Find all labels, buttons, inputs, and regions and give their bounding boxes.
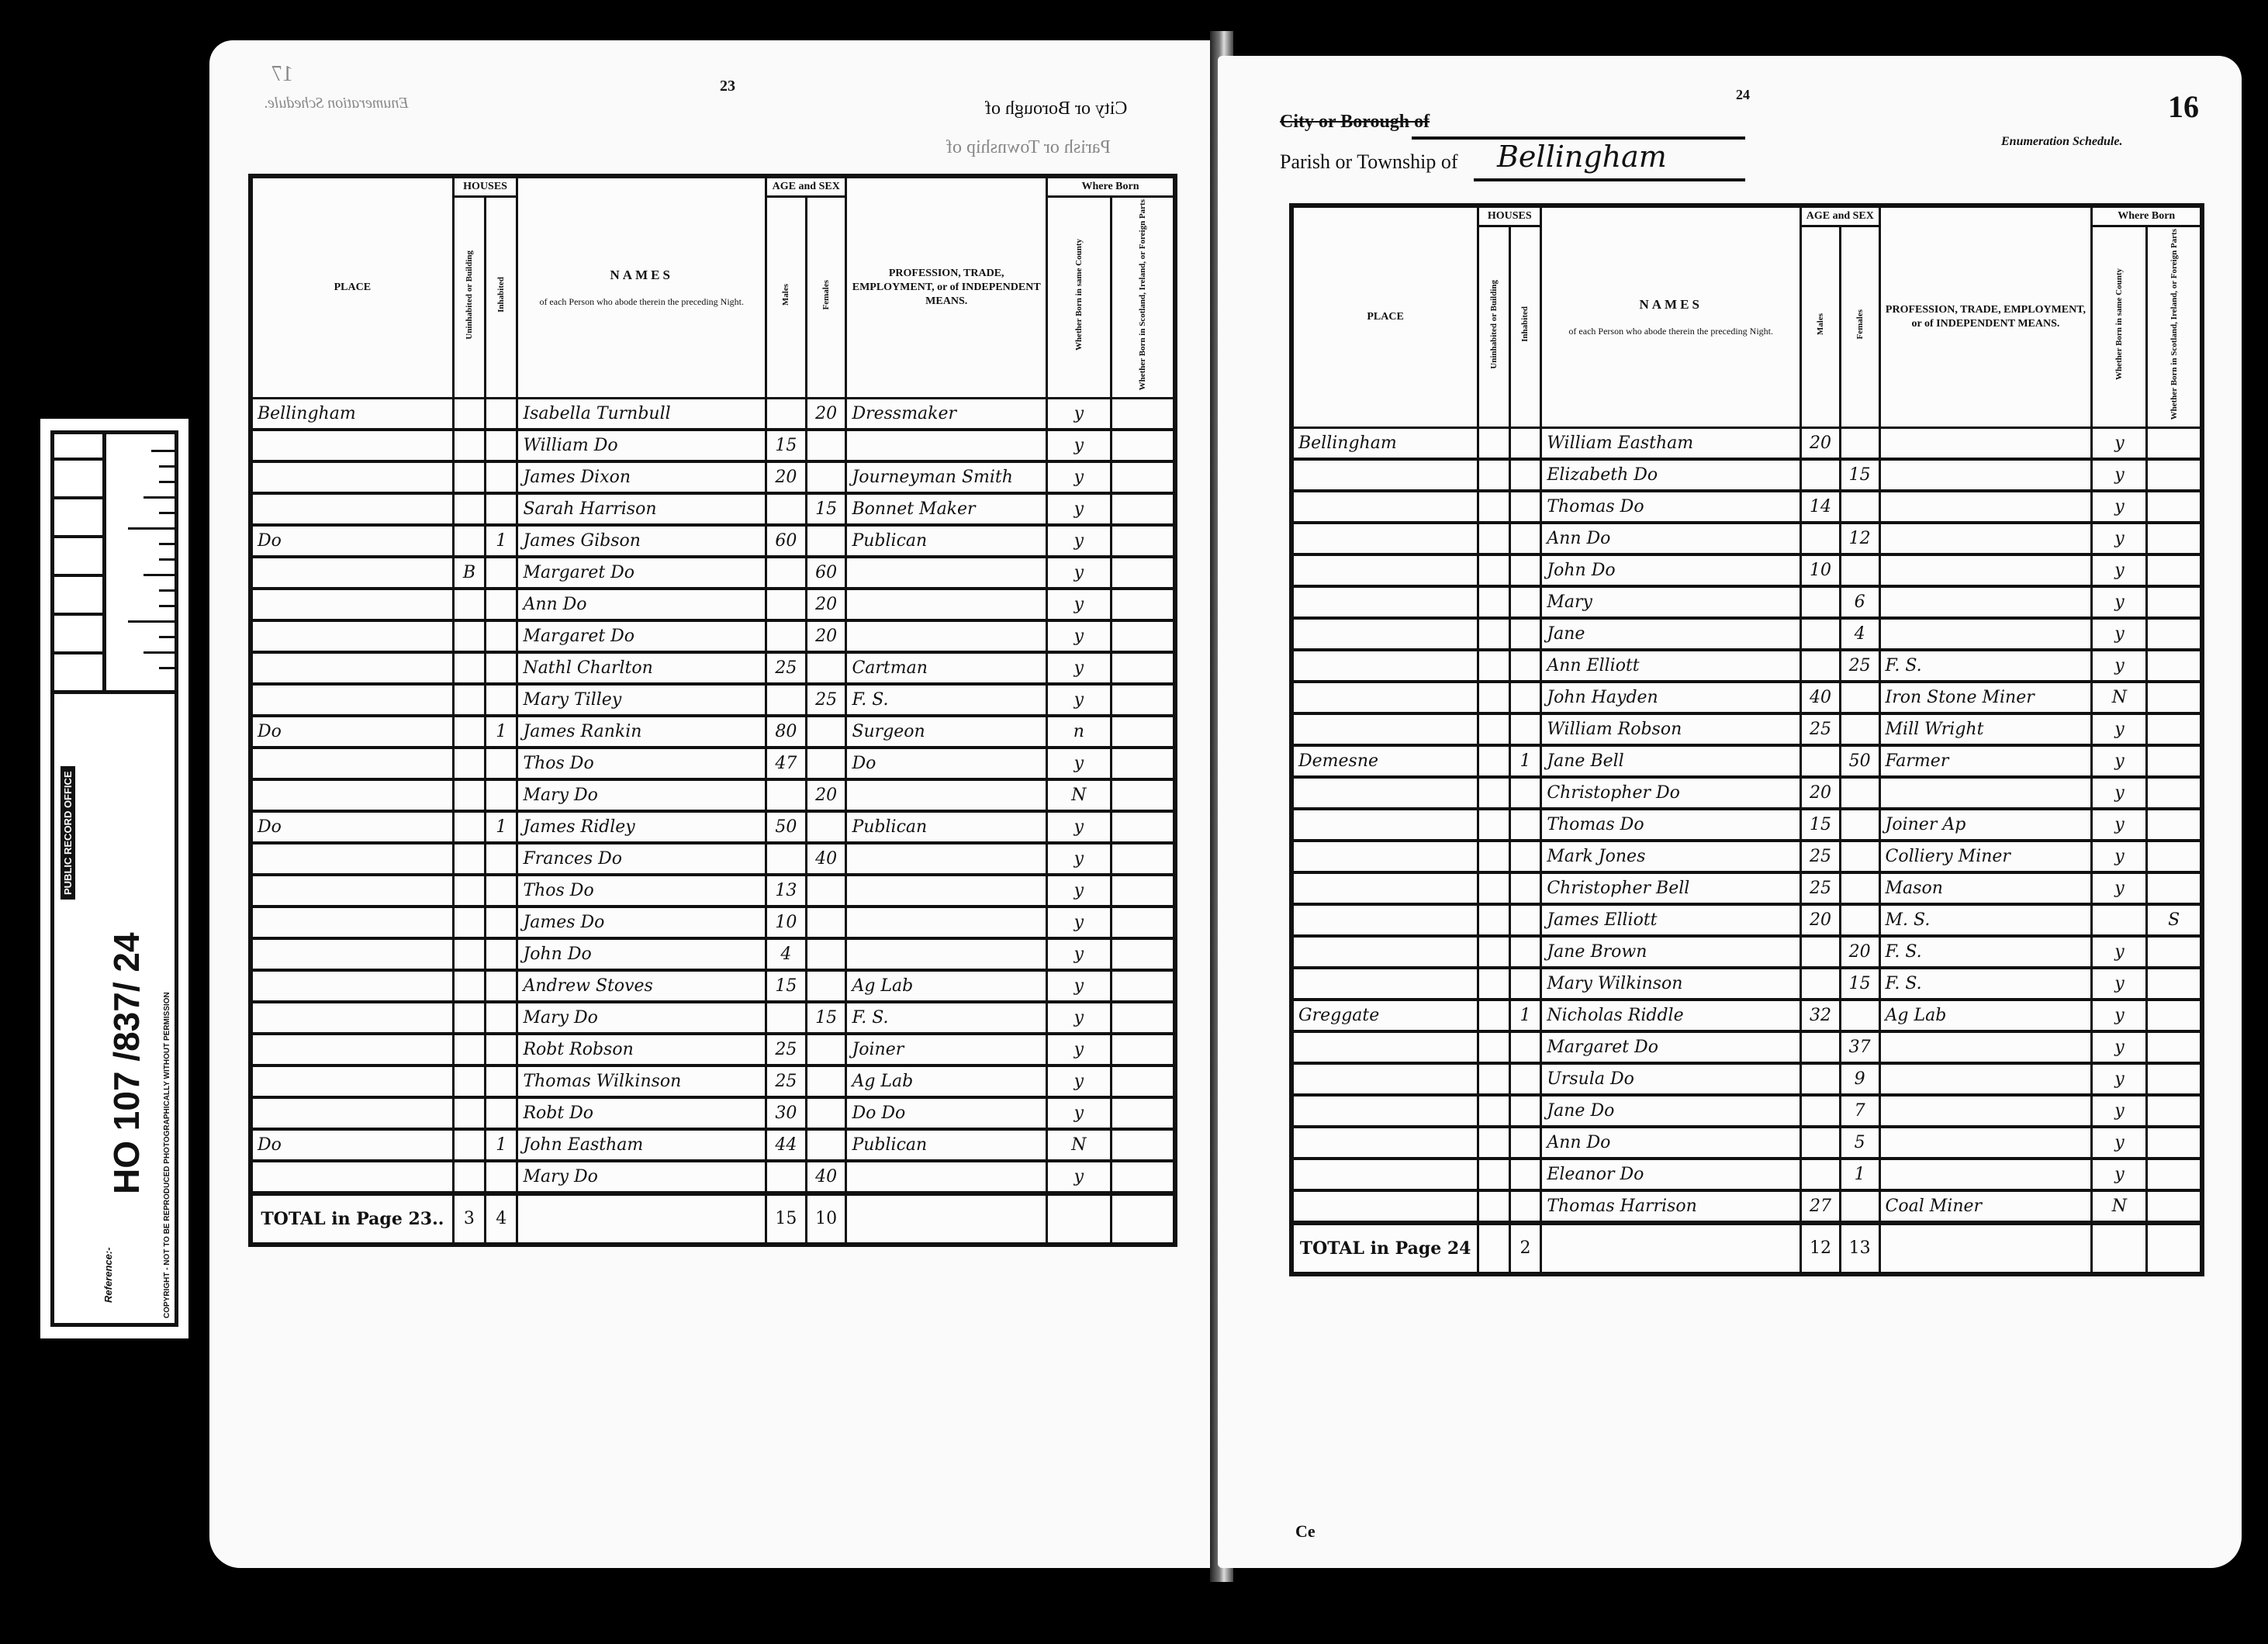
cell-uninhabited [1478,745,1510,777]
cell-uninhabited [1478,427,1510,459]
col-foreign: Whether Born in Scotland, Ireland, or Fo… [1111,197,1175,399]
cell-same-county: y [1046,589,1111,620]
cell-female [806,1097,846,1129]
total-female: 13 [1840,1223,1879,1274]
cell-place [1291,1031,1478,1063]
cell-female [806,748,846,779]
cell-profession [846,557,1047,589]
cell-profession: Publican [846,525,1047,557]
cell-same-county [2092,904,2147,936]
cell-female: 7 [1840,1095,1879,1127]
cell-foreign [1111,684,1175,716]
cell-male: 47 [766,748,807,779]
cell-inhabited [1509,713,1541,745]
cell-profession: F. S. [1879,650,2092,682]
cell-profession: Publican [846,1129,1047,1161]
cell-foreign [1111,652,1175,684]
cell-same-county: y [2092,1031,2147,1063]
cell-profession: F. S. [1879,936,2092,968]
cell-profession: Ag Lab [846,970,1047,1002]
cell-foreign [1111,938,1175,970]
cell-same-county: y [2092,586,2147,618]
cell-name: James Elliott [1541,904,1801,936]
col-age-sex: AGE and SEX [1801,205,1879,226]
cell-place [1291,682,1478,713]
cell-profession: F. S. [1879,968,2092,1000]
cell-same-county: y [1046,875,1111,907]
table-row: Ann Do20y [251,589,1175,620]
cell-female: 6 [1840,586,1879,618]
col-female: Females [1840,226,1879,428]
cell-inhabited [486,620,517,652]
total-inhabited: 2 [1509,1223,1541,1274]
cell-place [1291,872,1478,904]
cell-profession: Iron Stone Miner [1879,682,2092,713]
cell-profession [1879,427,2092,459]
cell-profession [1879,777,2092,809]
cell-male: 25 [1801,841,1841,872]
cell-male: 44 [766,1129,807,1161]
cell-inhabited [486,493,517,525]
cell-place: Bellingham [1291,427,1478,459]
cell-same-county: N [2092,682,2147,713]
census-table-right: PLACE HOUSES NAMESof each Person who abo… [1289,203,2204,1276]
table-row: Nathl Charlton25Cartmany [251,652,1175,684]
cell-name: James Rankin [517,716,766,748]
cell-foreign [1111,843,1175,875]
table-row: Christopher Do20y [1291,777,2202,809]
cell-male: 60 [766,525,807,557]
cell-same-county: y [2092,491,2147,523]
cell-profession [1879,1031,2092,1063]
cell-foreign [2147,618,2202,650]
total-uninhabited [1478,1223,1510,1274]
cell-profession [846,1161,1047,1193]
cell-place [1291,904,1478,936]
cell-female [806,525,846,557]
cell-inhabited [486,430,517,461]
cell-uninhabited [453,461,485,493]
schedule-label: Enumeration Schedule. [264,95,409,112]
cell-same-county: y [1046,748,1111,779]
cell-foreign [1111,907,1175,938]
table-row: Thos Do47Doy [251,748,1175,779]
cell-inhabited [486,1097,517,1129]
cell-uninhabited [453,398,485,430]
cell-same-county: y [1046,557,1111,589]
cell-name: Nathl Charlton [517,652,766,684]
cell-same-county: y [1046,461,1111,493]
cell-place [1291,841,1478,872]
cell-place [1291,491,1478,523]
cell-profession [846,430,1047,461]
cell-female: 20 [806,620,846,652]
table-row: BellinghamIsabella Turnbull20Dressmakery [251,398,1175,430]
cell-name: Robt Robson [517,1034,766,1065]
cell-same-county: y [2092,872,2147,904]
cell-profession [846,589,1047,620]
total-female: 10 [806,1193,846,1245]
cell-uninhabited [1478,1000,1510,1031]
cell-place [251,430,453,461]
cell-place [1291,650,1478,682]
cell-profession: Cartman [846,652,1047,684]
cell-place: Greggate [1291,1000,1478,1031]
cell-name: Thomas Do [1541,809,1801,841]
cell-foreign [1111,1097,1175,1129]
cell-place [1291,713,1478,745]
cell-male [1801,650,1841,682]
table-row: William Do15y [251,430,1175,461]
cell-female: 25 [1840,650,1879,682]
cell-profession: Ag Lab [1879,1000,2092,1031]
cell-inhabited [486,589,517,620]
cell-male: 80 [766,716,807,748]
cell-name: Margaret Do [517,557,766,589]
cell-female [806,970,846,1002]
cell-profession: Do [846,748,1047,779]
cell-foreign [1111,493,1175,525]
cell-same-county: y [1046,525,1111,557]
cell-male [766,493,807,525]
cell-place [251,970,453,1002]
cell-profession: Ag Lab [846,1065,1047,1097]
table-row: William Robson25Mill Wrighty [1291,713,2202,745]
cell-same-county: y [2092,1095,2147,1127]
total-row: TOTAL in Page 23.. 3 4 15 10 [251,1193,1175,1245]
table-row: Thomas Wilkinson25Ag Laby [251,1065,1175,1097]
cell-foreign [2147,809,2202,841]
table-row: James Dixon20Journeyman Smithy [251,461,1175,493]
cell-profession [1879,554,2092,586]
cell-uninhabited [1478,936,1510,968]
table-row: Eleanor Do1y [1291,1159,2202,1190]
cell-name: Eleanor Do [1541,1159,1801,1190]
cell-uninhabited [453,589,485,620]
cell-name: Christopher Do [1541,777,1801,809]
cell-name: Jane Brown [1541,936,1801,968]
cell-same-county: y [2092,936,2147,968]
cell-female: 20 [806,779,846,811]
cell-inhabited [486,843,517,875]
cell-inhabited [1509,618,1541,650]
table-row: Thomas Do14y [1291,491,2202,523]
cell-foreign [1111,1161,1175,1193]
col-male: Males [766,197,807,399]
table-row: John Do4y [251,938,1175,970]
cell-female [1840,841,1879,872]
table-row: Ursula Do9y [1291,1063,2202,1095]
col-foreign: Whether Born in Scotland, Ireland, or Fo… [2147,226,2202,428]
cell-profession [1879,1063,2092,1095]
table-row: BellinghamWilliam Eastham20y [1291,427,2202,459]
cell-inhabited [1509,1095,1541,1127]
cell-male: 10 [1801,554,1841,586]
cell-place [1291,1095,1478,1127]
cell-foreign [1111,1034,1175,1065]
cell-female [806,875,846,907]
cell-foreign [2147,427,2202,459]
cell-female: 15 [1840,459,1879,491]
cell-profession [1879,1159,2092,1190]
cell-inhabited [1509,1159,1541,1190]
footer-mark: Ce [1295,1521,1316,1542]
cell-female [806,907,846,938]
cell-female: 25 [806,684,846,716]
cell-foreign [2147,1127,2202,1159]
cell-uninhabited [453,525,485,557]
cell-female: 50 [1840,745,1879,777]
cell-foreign [1111,1065,1175,1097]
cell-place [251,557,453,589]
cell-female [1840,682,1879,713]
cell-place: Do [251,811,453,843]
cell-place [1291,777,1478,809]
cell-inhabited [1509,777,1541,809]
cell-male [1801,586,1841,618]
cell-male: 20 [1801,904,1841,936]
col-where-born: Where Born [2092,205,2202,226]
cell-place [1291,936,1478,968]
cell-name: James Gibson [517,525,766,557]
cell-uninhabited [453,684,485,716]
cell-foreign: S [2147,904,2202,936]
cell-name: Mary Do [517,779,766,811]
cell-female [806,811,846,843]
cell-place [251,589,453,620]
cell-name: William Eastham [1541,427,1801,459]
cell-uninhabited [1478,713,1510,745]
cell-male: 4 [766,938,807,970]
cell-uninhabited [1478,586,1510,618]
cell-name: James Dixon [517,461,766,493]
cell-inhabited [1509,554,1541,586]
cell-name: William Do [517,430,766,461]
table-row: BMargaret Do60y [251,557,1175,589]
cell-uninhabited [453,493,485,525]
table-row: Margaret Do37y [1291,1031,2202,1063]
cell-female: 15 [1840,968,1879,1000]
col-place: PLACE [251,176,453,398]
cell-same-county: y [1046,1034,1111,1065]
cell-inhabited [1509,936,1541,968]
cell-inhabited: 1 [1509,745,1541,777]
cell-uninhabited [453,1002,485,1034]
table-row: Jane Do7y [1291,1095,2202,1127]
cell-uninhabited [453,620,485,652]
table-row: Demesne1Jane Bell50Farmery [1291,745,2202,777]
cell-same-county: y [2092,809,2147,841]
cell-inhabited: 1 [1509,1000,1541,1031]
cell-foreign [1111,557,1175,589]
total-row: TOTAL in Page 24 2 12 13 [1291,1223,2202,1274]
total-inhabited: 4 [486,1193,517,1245]
cell-same-county: y [2092,1063,2147,1095]
cell-name: Margaret Do [517,620,766,652]
cell-same-county: y [1046,684,1111,716]
total-label: TOTAL in Page 24 [1291,1223,1478,1274]
cell-place [251,1065,453,1097]
cell-name: Ursula Do [1541,1063,1801,1095]
cell-name: John Do [1541,554,1801,586]
cell-profession: Publican [846,811,1047,843]
cell-same-county: y [1046,1065,1111,1097]
cell-foreign [1111,748,1175,779]
cell-uninhabited [1478,650,1510,682]
cell-profession: Colliery Miner [1879,841,2092,872]
parish-value: Bellingham [1497,140,1667,174]
cell-place [1291,523,1478,554]
cell-inhabited [486,461,517,493]
cell-uninhabited [453,843,485,875]
cell-female: 15 [806,493,846,525]
cell-place: Do [251,1129,453,1161]
cell-foreign [2147,586,2202,618]
cell-uninhabited [1478,841,1510,872]
cell-name: Elizabeth Do [1541,459,1801,491]
cell-uninhabited [453,779,485,811]
table-row: Mary Do40y [251,1161,1175,1193]
cell-name: William Robson [1541,713,1801,745]
col-uninhabited: Uninhabited or Building [1478,226,1510,428]
cell-male [1801,968,1841,1000]
cell-name: Thomas Do [1541,491,1801,523]
cell-same-county: y [2092,618,2147,650]
cell-foreign [2147,554,2202,586]
cell-profession: Joiner Ap [1879,809,2092,841]
city-label: City or Borough of [985,98,1127,119]
cell-name: Mary Wilkinson [1541,968,1801,1000]
cell-male [766,398,807,430]
cell-same-county: y [2092,459,2147,491]
cell-male: 40 [1801,682,1841,713]
cell-male: 30 [766,1097,807,1129]
cell-profession [1879,618,2092,650]
table-row: John Hayden40Iron Stone MinerN [1291,682,2202,713]
cell-name: Ann Do [1541,523,1801,554]
cell-foreign [2147,841,2202,872]
cell-name: Robt Do [517,1097,766,1129]
col-profession: PROFESSION, TRADE, EMPLOYMENT, or of IND… [846,176,1047,398]
cell-name: Mark Jones [1541,841,1801,872]
col-male: Males [1801,226,1841,428]
cell-uninhabited [1478,1127,1510,1159]
cell-place [251,684,453,716]
cell-male [1801,1095,1841,1127]
cell-female [1840,777,1879,809]
cell-profession: F. S. [846,1002,1047,1034]
cell-foreign [1111,875,1175,907]
reference-label: Reference:- [102,1247,114,1303]
cell-female [806,1034,846,1065]
cell-foreign [2147,745,2202,777]
cell-name: Christopher Bell [1541,872,1801,904]
cell-place [251,907,453,938]
cell-inhabited: 1 [486,525,517,557]
cell-same-county: y [1046,907,1111,938]
cell-profession [846,875,1047,907]
cell-inhabited [1509,841,1541,872]
cell-male [1801,936,1841,968]
table-row: Andrew Stoves15Ag Laby [251,970,1175,1002]
cell-male: 15 [1801,809,1841,841]
cell-profession: Farmer [1879,745,2092,777]
cell-same-county: y [1046,970,1111,1002]
corner-mark: 17 [271,62,293,87]
cell-inhabited [486,1161,517,1193]
cell-name: Thos Do [517,748,766,779]
cell-female [806,430,846,461]
cell-name: Mary Do [517,1002,766,1034]
cell-same-county: y [1046,652,1111,684]
cell-female [1840,491,1879,523]
table-row: Ann Do5y [1291,1127,2202,1159]
cell-place [251,461,453,493]
cell-same-county: y [1046,843,1111,875]
cell-place [1291,1063,1478,1095]
table-row: Do1John Eastham44PublicanN [251,1129,1175,1161]
cell-female: 60 [806,557,846,589]
cell-inhabited [1509,491,1541,523]
reference-card: PUBLIC RECORD OFFICE Reference:- HO 107 … [40,419,188,1338]
cell-place [1291,809,1478,841]
cell-same-county: y [1046,493,1111,525]
right-page: 24 16 Enumeration Schedule. City or Boro… [1218,56,2242,1568]
cell-female: 4 [1840,618,1879,650]
page-number: 23 [720,78,735,95]
cell-name: Thomas Wilkinson [517,1065,766,1097]
cell-male [766,779,807,811]
cell-name: Margaret Do [1541,1031,1801,1063]
cell-inhabited [486,652,517,684]
cell-profession: F. S. [846,684,1047,716]
cell-inhabited [1509,459,1541,491]
cell-inhabited [1509,1127,1541,1159]
cell-foreign [2147,459,2202,491]
cell-male [766,557,807,589]
cell-uninhabited [453,1097,485,1129]
cell-female [1840,427,1879,459]
table-row: Mary Do20N [251,779,1175,811]
cell-profession [846,620,1047,652]
cell-same-county: y [1046,430,1111,461]
cell-profession: Coal Miner [1879,1190,2092,1223]
cell-male [766,843,807,875]
city-label: City or Borough of [1280,112,1430,133]
cell-uninhabited [453,748,485,779]
cell-uninhabited [453,875,485,907]
cell-profession [1879,1095,2092,1127]
table-row: Ann Elliott25F. S.y [1291,650,2202,682]
cell-uninhabited [1478,1190,1510,1223]
cell-foreign [1111,461,1175,493]
cell-female [1840,809,1879,841]
cell-foreign [2147,491,2202,523]
cell-foreign [1111,589,1175,620]
cell-inhabited [486,684,517,716]
table-row: Elizabeth Do15y [1291,459,2202,491]
cell-profession: Joiner [846,1034,1047,1065]
cell-same-county: y [1046,398,1111,430]
cell-place: Do [251,525,453,557]
cell-same-county: y [2092,523,2147,554]
cell-foreign [1111,525,1175,557]
table-row: Do1James Rankin80Surgeonn [251,716,1175,748]
cell-place [251,620,453,652]
cell-foreign [1111,779,1175,811]
table-row: Mary Do15F. S.y [251,1002,1175,1034]
cell-foreign [2147,1000,2202,1031]
